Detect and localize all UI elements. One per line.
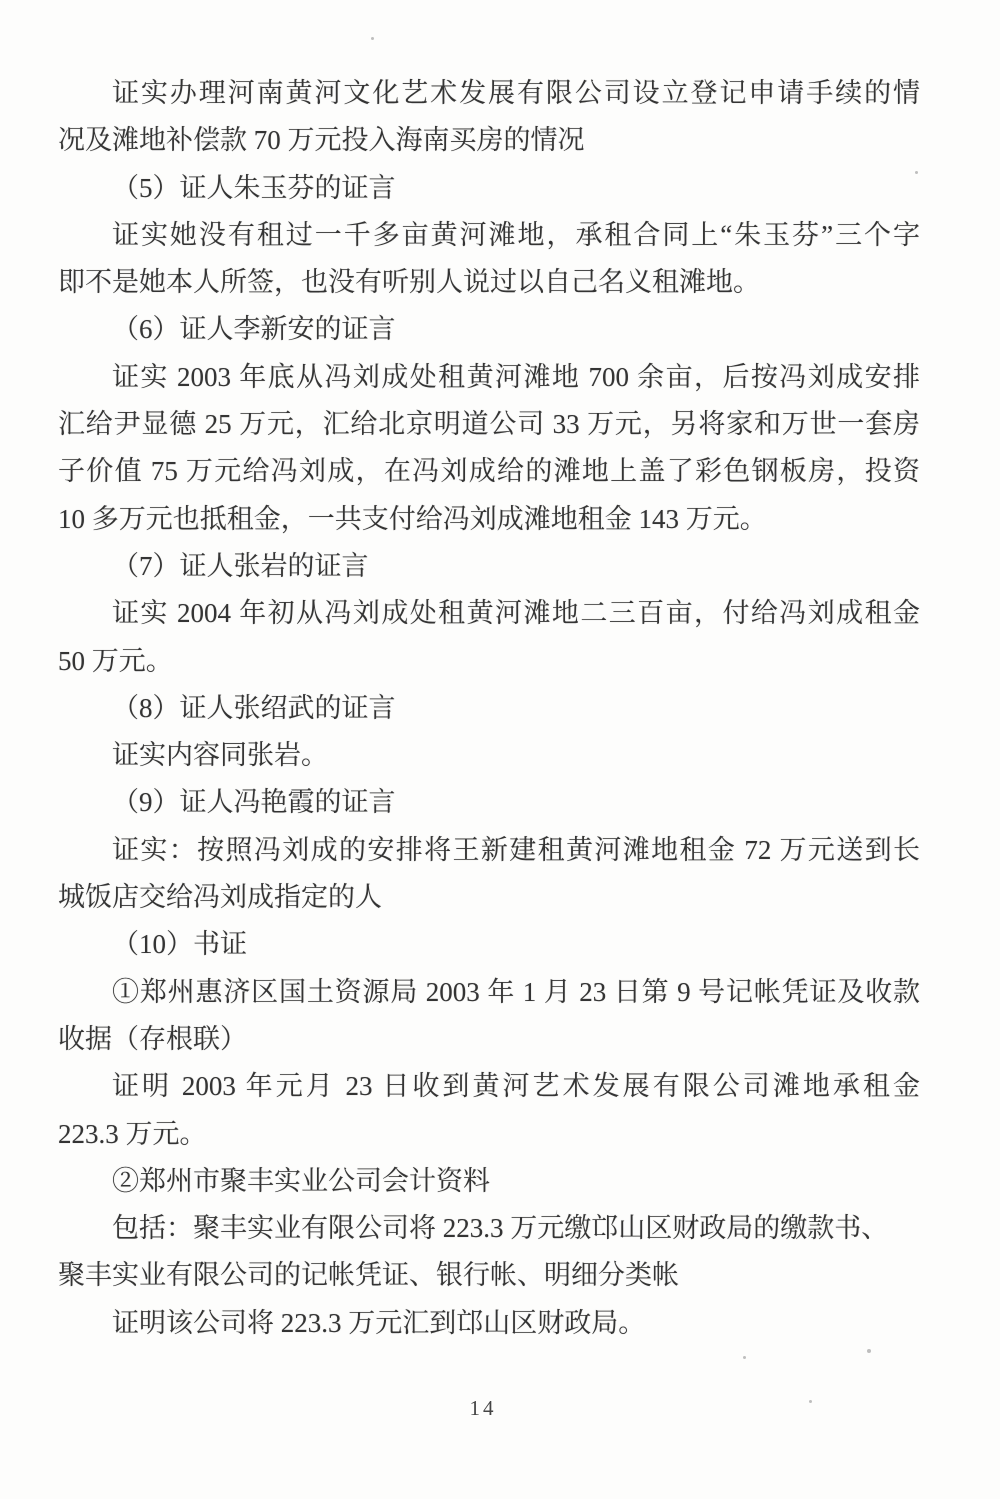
text-line: 证实她没有租过一千多亩黄河滩地，承租合同上“朱玉芬”三个字: [58, 212, 920, 259]
document-body: 证实办理河南黄河文化艺术发展有限公司设立登记申请手续的情况及滩地补偿款 70 万…: [58, 70, 920, 1347]
scan-speck: [867, 1349, 871, 1353]
text-line: （9）证人冯艳霞的证言: [58, 779, 920, 826]
text-line: ②郑州市聚丰实业公司会计资料: [58, 1158, 920, 1205]
text-line: 证明该公司将 223.3 万元汇到邙山区财政局。: [58, 1300, 920, 1347]
text-line: 况及滩地补偿款 70 万元投入海南买房的情况: [58, 117, 920, 164]
scan-speck: [743, 1356, 746, 1359]
text-line: （10）书证: [58, 921, 920, 968]
document-page: 证实办理河南黄河文化艺术发展有限公司设立登记申请手续的情况及滩地补偿款 70 万…: [0, 0, 1000, 1499]
text-line: 即不是她本人所签，也没有听别人说过以自己名义租滩地。: [58, 259, 920, 306]
text-line: 证实 2003 年底从冯刘成处租黄河滩地 700 余亩，后按冯刘成安排: [58, 354, 920, 401]
text-line: 10 多万元也抵租金，一共支付给冯刘成滩地租金 143 万元。: [58, 496, 920, 543]
text-line: ①郑州惠济区国土资源局 2003 年 1 月 23 日第 9 号记帐凭证及收款: [58, 969, 920, 1016]
text-line: （7）证人张岩的证言: [58, 543, 920, 590]
text-line: 聚丰实业有限公司的记帐凭证、银行帐、明细分类帐: [58, 1252, 920, 1299]
scan-speck: [809, 1400, 812, 1403]
text-line: 证实：按照冯刘成的安排将王新建租黄河滩地租金 72 万元送到长: [58, 827, 920, 874]
text-line: 50 万元。: [58, 638, 920, 685]
text-line: 子价值 75 万元给冯刘成，在冯刘成给的滩地上盖了彩色钢板房，投资: [58, 448, 920, 495]
text-line: 证实办理河南黄河文化艺术发展有限公司设立登记申请手续的情: [58, 70, 920, 117]
text-line: （8）证人张绍武的证言: [58, 685, 920, 732]
scan-speck: [371, 37, 374, 40]
text-line: 证明 2003 年元月 23 日收到黄河艺术发展有限公司滩地承租金: [58, 1063, 920, 1110]
text-line: 证实内容同张岩。: [58, 732, 920, 779]
text-line: 证实 2004 年初从冯刘成处租黄河滩地二三百亩，付给冯刘成租金: [58, 590, 920, 637]
text-line: 223.3 万元。: [58, 1111, 920, 1158]
text-line: （5）证人朱玉芬的证言: [58, 165, 920, 212]
text-line: 汇给尹显德 25 万元，汇给北京明道公司 33 万元，另将家和万世一套房: [58, 401, 920, 448]
page-number: 14: [0, 1396, 983, 1421]
text-line: 包括：聚丰实业有限公司将 223.3 万元缴邙山区财政局的缴款书、: [58, 1205, 920, 1252]
text-line: （6）证人李新安的证言: [58, 306, 920, 353]
scan-speck: [915, 171, 918, 174]
text-line: 城饭店交给冯刘成指定的人: [58, 874, 920, 921]
text-line: 收据（存根联）: [58, 1016, 920, 1063]
